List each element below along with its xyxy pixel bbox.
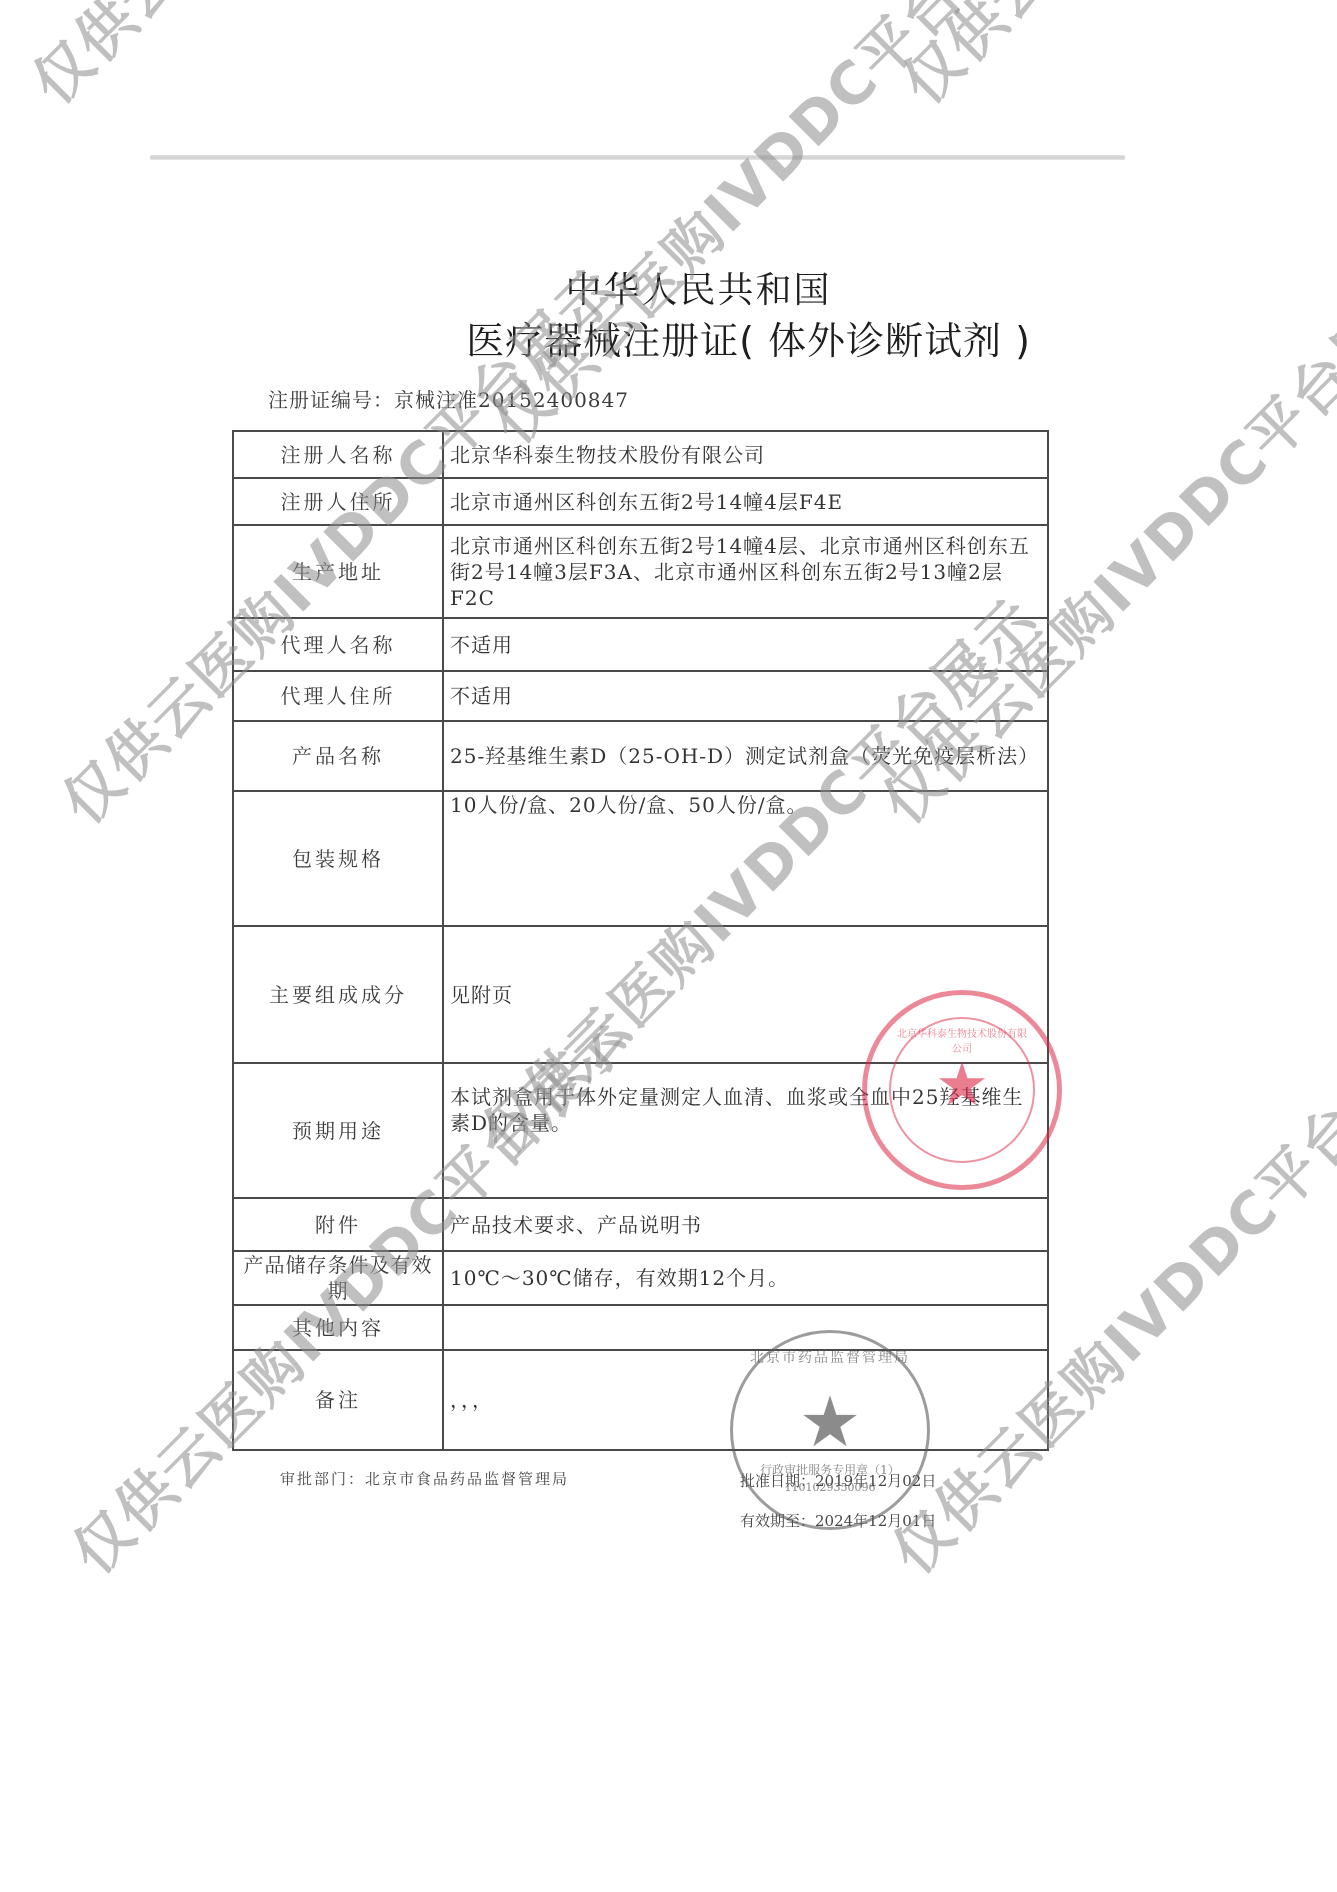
row-label: 其他内容 — [233, 1305, 443, 1350]
row-value: 25-羟基维生素D（25-OH-D）测定试剂盒（荧光免疫层析法） — [443, 721, 1048, 791]
row-label: 包装规格 — [233, 791, 443, 926]
table-row: 产品名称 25-羟基维生素D（25-OH-D）测定试剂盒（荧光免疫层析法） — [233, 721, 1048, 791]
document-title-certificate: 医疗器械注册证( 体外诊断试剂 ) — [0, 310, 1337, 365]
row-value: 不适用 — [443, 671, 1048, 721]
table-row: 其他内容 — [233, 1305, 1048, 1350]
row-label: 预期用途 — [233, 1063, 443, 1198]
row-value: 不适用 — [443, 618, 1048, 671]
row-label: 附件 — [233, 1198, 443, 1251]
row-value: 北京市通州区科创东五街2号14幢4层、北京市通州区科创东五街2号14幢3层F3A… — [443, 525, 1048, 618]
row-label: 代理人名称 — [233, 618, 443, 671]
watermark-text: 仅供云医购IVDDC平台展示 — [10, 0, 603, 119]
government-seal-number: 1101029350096 — [733, 1481, 927, 1494]
government-seal-title: 北京市药品监督管理局 — [733, 1347, 927, 1367]
row-label: 主要组成成分 — [233, 926, 443, 1063]
government-seal-stamp: 北京市药品监督管理局 ★ 行政审批服务专用章（1） 1101029350096 — [730, 1330, 930, 1530]
table-row: 附件 产品技术要求、产品说明书 — [233, 1198, 1048, 1251]
row-value: 产品技术要求、产品说明书 — [443, 1198, 1048, 1251]
approval-department: 审批部门：北京市食品药品监督管理局 — [280, 1468, 569, 1489]
company-seal-stamp: 北京华科泰生物技术股份有限公司 ★ — [862, 990, 1062, 1190]
star-icon: ★ — [867, 1050, 1057, 1120]
table-row: 产品储存条件及有效期 10℃～30℃储存，有效期12个月。 — [233, 1251, 1048, 1305]
registration-number: 注册证编号：京械注准20152400847 — [268, 384, 629, 413]
table-row: 注册人住所 北京市通州区科创东五街2号14幢4层F4E — [233, 478, 1048, 525]
row-label: 产品名称 — [233, 721, 443, 791]
row-value — [443, 1305, 1048, 1350]
table-row: 代理人住所 不适用 — [233, 671, 1048, 721]
document-title-country: 中华人民共和国 — [0, 262, 1337, 313]
star-icon: ★ — [733, 1381, 927, 1463]
watermark-text: 仅供云医购IVDDC平台展示 — [880, 0, 1337, 119]
table-row: 代理人名称 不适用 — [233, 618, 1048, 671]
row-label: 产品储存条件及有效期 — [233, 1251, 443, 1305]
government-seal-subtitle: 行政审批服务专用章（1） — [733, 1461, 927, 1478]
row-label: 注册人名称 — [233, 431, 443, 478]
row-value: 10℃～30℃储存，有效期12个月。 — [443, 1251, 1048, 1305]
row-value: 北京市通州区科创东五街2号14幢4层F4E — [443, 478, 1048, 525]
row-label: 备注 — [233, 1350, 443, 1450]
table-row: 注册人名称 北京华科泰生物技术股份有限公司 — [233, 431, 1048, 478]
row-label: 注册人住所 — [233, 478, 443, 525]
row-label: 代理人住所 — [233, 671, 443, 721]
row-value: 10人份/盒、20人份/盒、50人份/盒。 — [443, 791, 1048, 926]
certificate-table: 注册人名称 北京华科泰生物技术股份有限公司 注册人住所 北京市通州区科创东五街2… — [232, 430, 1049, 1451]
table-row: 包装规格 10人份/盒、20人份/盒、50人份/盒。 — [233, 791, 1048, 926]
row-label: 生产地址 — [233, 525, 443, 618]
table-row: 生产地址 北京市通州区科创东五街2号14幢4层、北京市通州区科创东五街2号14幢… — [233, 525, 1048, 618]
scan-edge-line — [150, 155, 1125, 160]
row-value: 北京华科泰生物技术股份有限公司 — [443, 431, 1048, 478]
